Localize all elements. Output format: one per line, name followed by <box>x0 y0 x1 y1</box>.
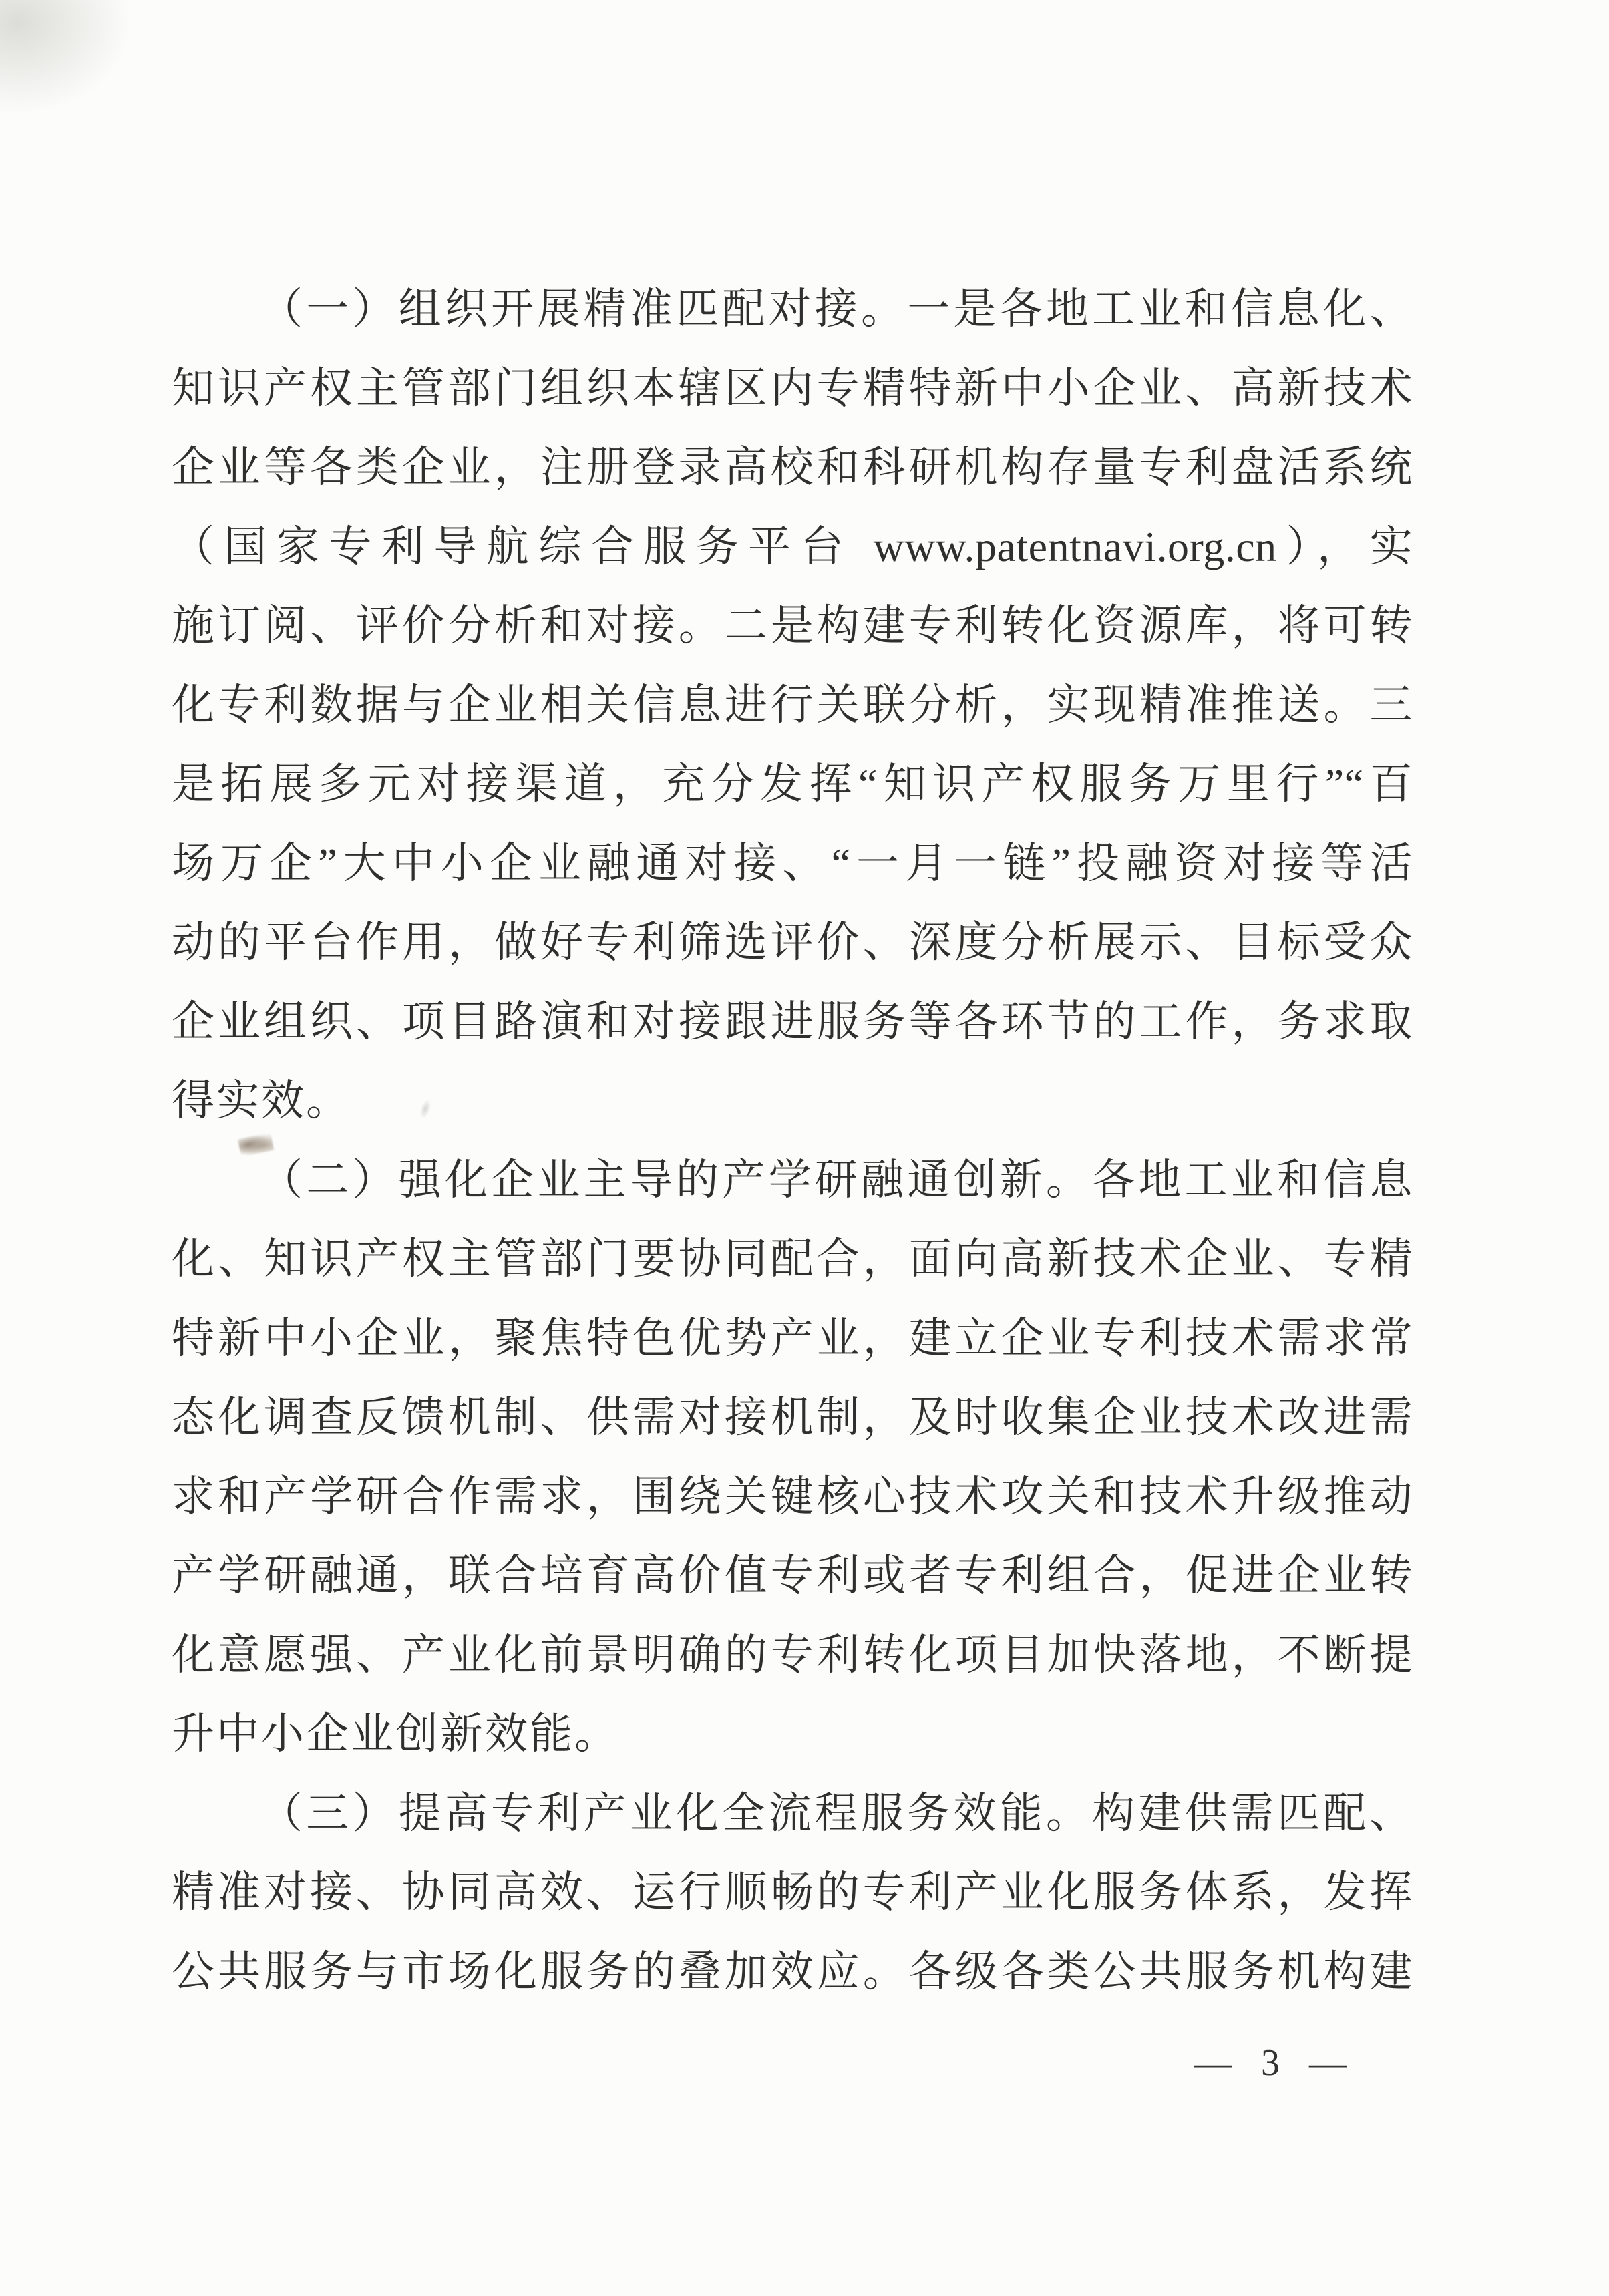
page-number: — 3 — <box>1194 2036 1353 2090</box>
document-line: 知识产权主管部门组织本辖区内专精特新中小企业、高新技术 <box>172 349 1413 429</box>
document-line: 企业组织、项目路演和对接跟进服务等各环节的工作，务求取 <box>172 983 1413 1062</box>
document-line: 动的平台作用，做好专利筛选评价、深度分析展示、目标受众 <box>172 903 1413 983</box>
document-line: 是拓展多元对接渠道，充分发挥“知识产权服务万里行”“百 <box>172 745 1413 824</box>
document-line: 化专利数据与企业相关信息进行关联分析，实现精准推送。三 <box>172 666 1413 746</box>
document-body: （一）组织开展精准匹配对接。一是各地工业和信息化、 知识产权主管部门组织本辖区内… <box>172 270 1413 2011</box>
document-line: 化意愿强、产业化前景明确的专利转化项目加快落地，不断提 <box>172 1616 1413 1695</box>
document-line: （一）组织开展精准匹配对接。一是各地工业和信息化、 <box>172 270 1413 349</box>
scan-noise-artifact <box>0 0 147 127</box>
document-line: 施订阅、评价分析和对接。二是构建专利转化资源库，将可转 <box>172 587 1413 666</box>
document-line: 产学研融通，联合培育高价值专利或者专利组合，促进企业转 <box>172 1536 1413 1616</box>
document-page: （一）组织开展精准匹配对接。一是各地工业和信息化、 知识产权主管部门组织本辖区内… <box>0 0 1609 2296</box>
document-line: 精准对接、协同高效、运行顺畅的专利产业化服务体系，发挥 <box>172 1853 1413 1933</box>
document-line: 得实效。 <box>172 1061 1413 1141</box>
document-line: 化、知识产权主管部门要协同配合，面向高新技术企业、专精 <box>172 1220 1413 1299</box>
document-line: （二）强化企业主导的产学研融通创新。各地工业和信息 <box>172 1141 1413 1220</box>
document-line: 企业等各类企业，注册登录高校和科研机构存量专利盘活系统 <box>172 428 1413 508</box>
document-line: 特新中小企业，聚焦特色优势产业，建立企业专利技术需求常 <box>172 1299 1413 1379</box>
document-line: 升中小企业创新效能。 <box>172 1695 1413 1774</box>
document-line: （国家专利导航综合服务平台 www.patentnavi.org.cn），实 <box>172 508 1413 587</box>
document-line: 态化调查反馈机制、供需对接机制，及时收集企业技术改进需 <box>172 1378 1413 1458</box>
document-line: 公共服务与市场化服务的叠加效应。各级各类公共服务机构建 <box>172 1933 1413 2012</box>
document-line: 求和产学研合作需求，围绕关键核心技术攻关和技术升级推动 <box>172 1458 1413 1537</box>
document-line: （三）提高专利产业化全流程服务效能。构建供需匹配、 <box>172 1774 1413 1854</box>
document-line: 场万企”大中小企业融通对接、“一月一链”投融资对接等活 <box>172 824 1413 904</box>
